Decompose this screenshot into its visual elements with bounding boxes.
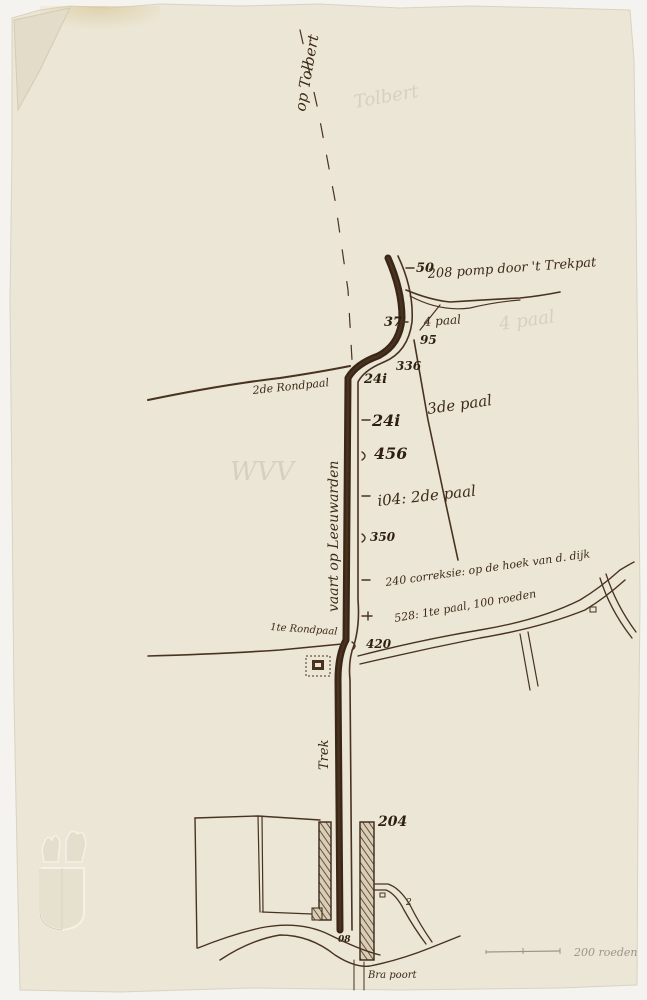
wall-left — [319, 822, 331, 920]
label-scale: 200 roeden — [573, 946, 638, 959]
label-canal-name: vaart op Leeuwarden — [326, 461, 342, 612]
wall-right — [360, 822, 374, 960]
mark-37: 37 — [384, 315, 402, 330]
label-pole-4: 4 paal — [422, 312, 461, 329]
mark-350: 350 — [370, 530, 396, 544]
ghost-text: WVV — [230, 457, 297, 487]
mark-336: 336 — [396, 359, 422, 373]
mark-95: 95 — [420, 333, 437, 347]
map-sheet: Tolbert 4 paal WVV op Tolbert 2de Rondpa… — [0, 0, 647, 1000]
svg-text:2: 2 — [405, 898, 412, 908]
mark-241-top: 24i — [363, 372, 387, 387]
label-towpath: Trek — [317, 739, 332, 770]
mark-241: 24i — [371, 411, 400, 430]
mark-420: 420 — [366, 637, 392, 651]
tower-left — [312, 908, 322, 920]
label-gate: Bra poort — [367, 970, 417, 981]
mark-204: 204 — [377, 814, 407, 830]
mark-456: 456 — [374, 444, 407, 463]
